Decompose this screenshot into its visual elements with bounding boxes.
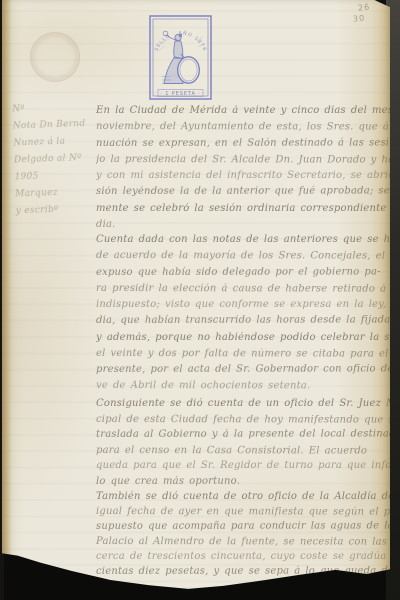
manuscript-line: cerca de trescientos cincuenta, cuyo cos…	[96, 549, 390, 564]
manuscript-line: y con mi asistencia del infrascrito Secr…	[96, 168, 390, 184]
manuscript-line: cientas diez pesetas, y que se sepa á lo…	[96, 563, 390, 579]
manuscript-line: En la Ciudad de Mérida á veinte y cinco …	[96, 103, 390, 119]
paragraph-1: En la Ciudad de Mérida á veinte y cinco …	[96, 103, 390, 233]
stamp-outer-border	[150, 16, 211, 99]
folio-number-top: 26	[358, 2, 371, 12]
manuscript-line: sión leyéndose la de la anterior que fué…	[96, 184, 390, 201]
manuscript-line: presente, por el acta del Sr. Gobernador…	[96, 361, 390, 378]
manuscript-line: Cuenta dada con las notas de las anterio…	[96, 232, 390, 248]
manuscript-line: indispuesto; visto que conforme se expre…	[96, 297, 390, 313]
margin-note-line: Nunez á la	[13, 133, 96, 153]
revenue-stamp: SELLO · AÑO 1876 · 1 PESETA ·	[149, 15, 212, 100]
manuscript-line: dia.	[96, 217, 390, 234]
embossed-seal-icon	[30, 32, 80, 82]
stamp-oval-plaque	[178, 57, 200, 83]
manuscript-line: noviembre, del Ayuntamiento de esta, los…	[96, 119, 390, 136]
margin-note-line: Marquez	[15, 184, 98, 204]
folio-number-bottom: 30	[353, 13, 366, 23]
margin-note-line: y escribº	[16, 201, 99, 221]
manuscript-line: lo que crea más oportuno.	[96, 473, 390, 489]
manuscript-line: jo la presidencia del Sr. Alcalde Dn. Ju…	[96, 152, 390, 169]
manuscript-line: nuación se expresan, en el Salón destina…	[96, 135, 390, 152]
manuscript-line: Consiguiente se dió cuenta de un oficio …	[96, 396, 390, 412]
svg-text:SELLO · AÑO 1876: SELLO · AÑO 1876	[154, 30, 208, 53]
manuscript-line: cipal de esta Ciudad fecha de hoy manife…	[96, 412, 390, 428]
manuscript-line: expuso que había sido delegado por el go…	[96, 264, 390, 281]
paragraph-2: Cuenta dada con las notas de las anterio…	[96, 232, 390, 395]
stamp-arc-text: SELLO · AÑO 1876	[154, 30, 208, 53]
stamp-denomination-box	[158, 90, 203, 97]
manuscript-line: el veinte y dos por falta de número se c…	[96, 346, 390, 363]
manuscript-line: de acuerdo de la mayoría de los Sres. Co…	[96, 248, 390, 265]
stamp-inner-border	[153, 19, 208, 96]
margin-note-line: Delgado al Nº	[14, 150, 97, 170]
stamp-denomination: · 1 PESETA ·	[160, 91, 201, 97]
manuscript-line: igual fecha de ayer en que manifiesta qu…	[96, 504, 390, 520]
margin-note-line: Nº	[12, 99, 95, 119]
margin-note-line: Nota Dn Bernd	[13, 116, 96, 136]
manuscript-line: También se dió cuenta de otro oficio de …	[96, 489, 390, 504]
manuscript-line: traslada al Gobierno y á la presente del…	[96, 426, 390, 442]
manuscript-line: mente se celebró la sesión ordinaria cor…	[96, 201, 390, 217]
paper-sheet: 26 30 SELLO · AÑO 1876	[2, 0, 390, 593]
manuscript-line: queda para que el Sr. Regidor de turno p…	[96, 458, 390, 474]
margin-notes: NºNota Dn BerndNunez á laDelgado al Nº19…	[12, 99, 98, 221]
manuscript-line: para el censo en la Casa Consistorial. E…	[96, 443, 390, 459]
manuscript-line: ve de Abril de mil ochocientos setenta.	[96, 378, 390, 395]
manuscript-line: ra presidir la elección á causa de haber…	[96, 281, 390, 298]
margin-note-line: 1905	[14, 167, 97, 187]
manuscript-line: supuesto que acompaña para conducir las …	[96, 518, 390, 534]
scanned-manuscript-page: 26 30 SELLO · AÑO 1876	[0, 0, 400, 600]
seated-figure-icon	[158, 31, 205, 83]
manuscript-line: Palacio al Almendro de la fuente, se nec…	[96, 534, 390, 550]
paragraph-3: Consiguiente se dió cuenta de un oficio …	[96, 396, 390, 489]
manuscript-line: y además, porque no habiéndose podido ce…	[96, 330, 390, 346]
manuscript-line: dia, que habían transcurrido las horas d…	[96, 313, 390, 330]
paragraph-4: También se dió cuenta de otro oficio de …	[96, 489, 390, 579]
